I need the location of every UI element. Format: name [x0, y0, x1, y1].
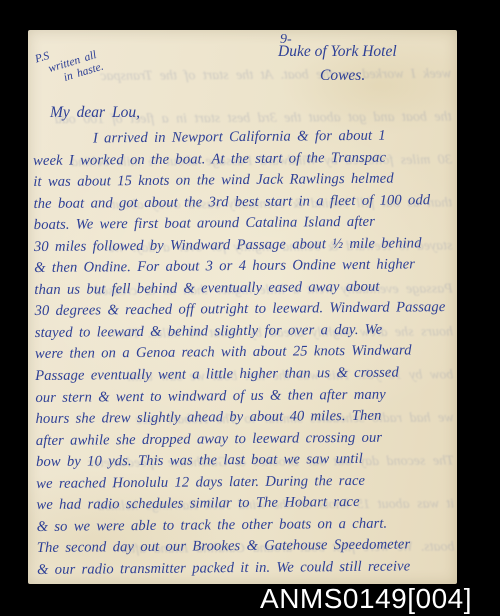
greeting-line: My dear Lou, — [50, 104, 140, 122]
body-line: 30 degrees & reached off outright to lee… — [34, 297, 454, 323]
body-line: & then Ondine. For about 3 or 4 hours On… — [34, 254, 454, 280]
archive-reference-label: ANMS0149[004] — [260, 583, 472, 615]
body-line: Passage eventually went a little higher … — [35, 362, 455, 388]
letter-body: I arrived in Newport California & for ab… — [33, 125, 457, 581]
photo-background: { "archive_label": "ANMS0149[004]", "col… — [0, 0, 500, 616]
body-line: the boat and got about the 3rd best star… — [33, 190, 453, 216]
hotel-address: Duke of York Hotel Cowes. — [278, 40, 397, 88]
body-line: & our radio transmitter packed it in. We… — [37, 556, 457, 582]
letter-page: week I worked on the boat. At the start … — [28, 30, 457, 584]
address-line: Cowes. — [278, 64, 397, 88]
photograph-stage: week I worked on the boat. At the start … — [0, 0, 500, 616]
address-line: Duke of York Hotel — [278, 40, 397, 64]
ps-note: P.S written all in haste. — [34, 36, 106, 92]
